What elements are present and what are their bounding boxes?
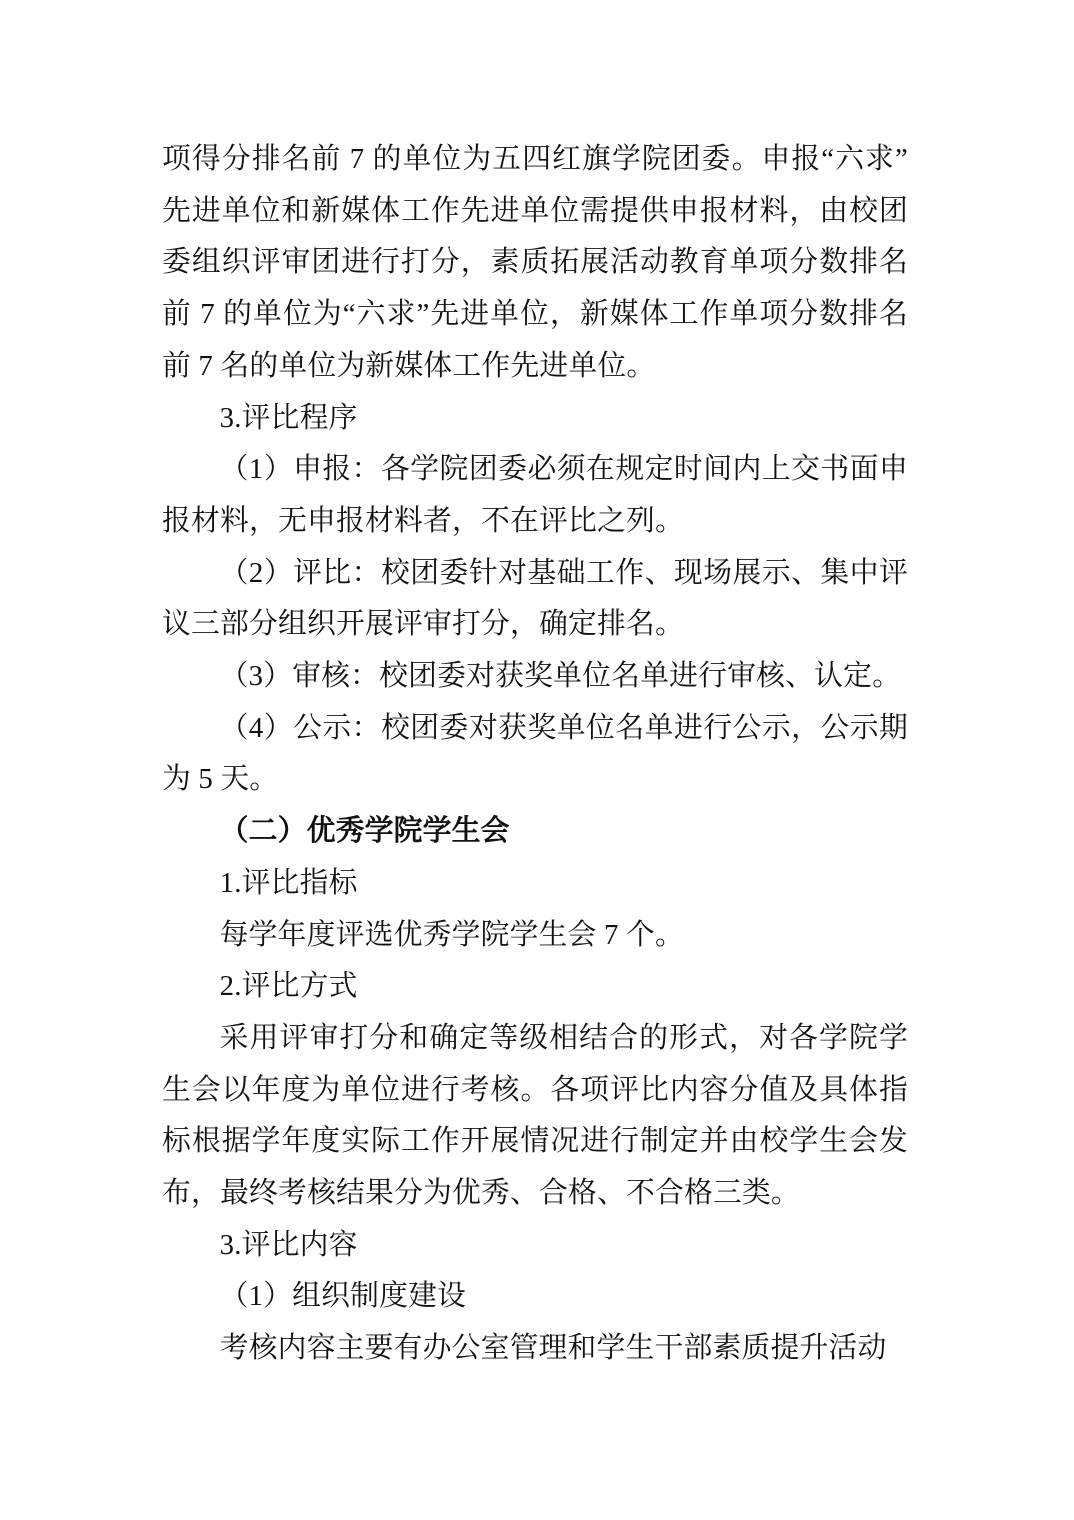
paragraph-item-3-procedure: 3.评比程序 [162,393,908,445]
paragraph-step-2-evaluation: （2）评比：校团委针对基础工作、现场展示、集中评议三部分组织开展评审打分，确定排… [162,548,908,651]
paragraph-step-3-review: （3）审核：校团委对获奖单位名单进行审核、认定。 [162,651,908,703]
paragraph-item-1-indicators: 1.评比指标 [162,858,908,910]
paragraph-indicator-detail: 每学年度评选优秀学院学生会 7 个。 [162,910,908,962]
paragraph-step-1-application: （1）申报：各学院团委必须在规定时间内上交书面申报材料，无申报材料者，不在评比之… [162,444,908,547]
paragraph-content-1-organization: （1）组织制度建设 [162,1271,908,1323]
paragraph-method-detail: 采用评审打分和确定等级相结合的形式，对各学院学生会以年度为单位进行考核。各项评比… [162,1013,908,1220]
document-page: 项得分排名前 7 的单位为五四红旗学院团委。申报“六求”先进单位和新媒体工作先进… [0,0,1074,1520]
paragraph-assessment-detail: 考核内容主要有办公室管理和学生干部素质提升活动 [162,1323,908,1375]
paragraph-step-4-publicity: （4）公示：校团委对获奖单位名单进行公示，公示期为 5 天。 [162,703,908,806]
text-content: 项得分排名前 7 的单位为五四红旗学院团委。申报“六求”先进单位和新媒体工作先进… [162,134,908,1375]
paragraph-item-2-method: 2.评比方式 [162,961,908,1013]
paragraph-continued-from-previous-page: 项得分排名前 7 的单位为五四红旗学院团委。申报“六求”先进单位和新媒体工作先进… [162,134,908,393]
section-heading-2-outstanding-student-union: （二）优秀学院学生会 [162,806,908,858]
paragraph-item-3-content: 3.评比内容 [162,1220,908,1272]
